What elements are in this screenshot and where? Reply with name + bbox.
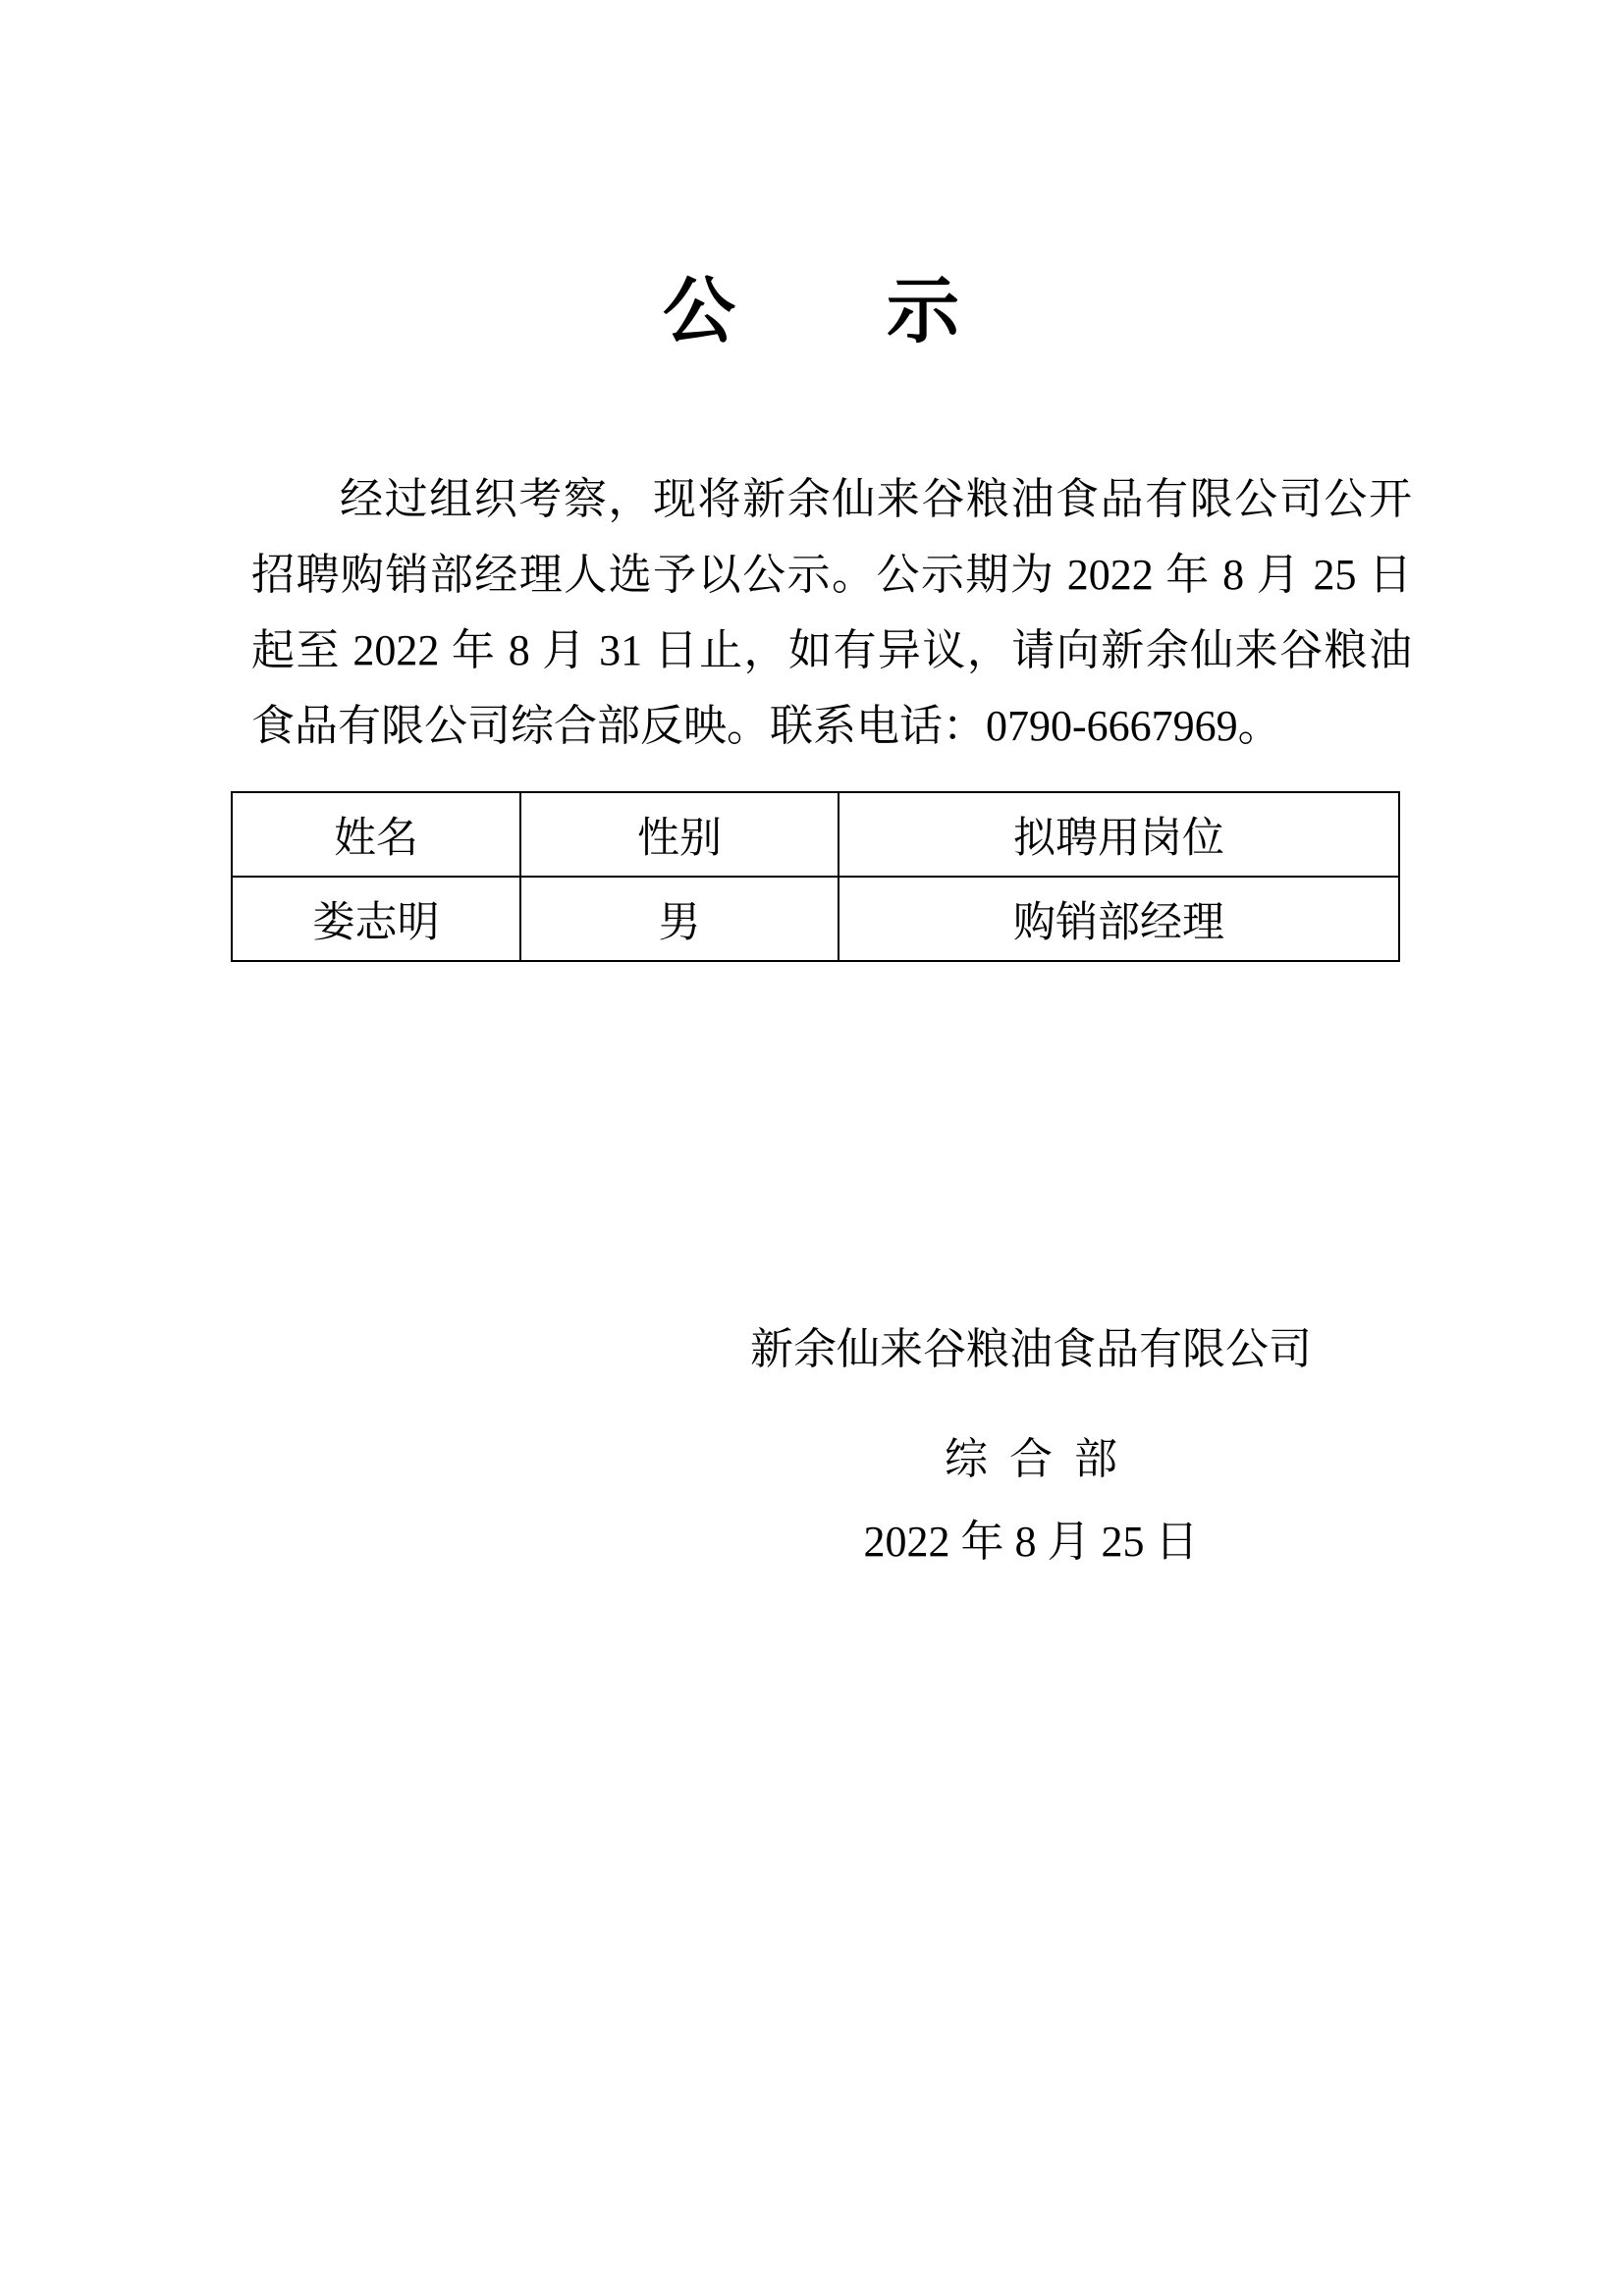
table-header-gender: 性别 (520, 792, 839, 877)
signature-department: 综 合 部 (589, 1423, 1473, 1486)
table-header-row: 姓名 性别 拟聘用岗位 (232, 792, 1399, 877)
signature-date: 2022 年 8 月 25 日 (589, 1506, 1473, 1569)
page-title: 公 示 (0, 253, 1624, 357)
body-line-2: 招聘购销部经理人选予以公示。公示期为 2022 年 8 月 25 日 (251, 537, 1412, 613)
body-line-3: 起至 2022 年 8 月 31 日止，如有异议，请向新余仙来谷粮油 (251, 613, 1412, 688)
table-header-name: 姓名 (232, 792, 520, 877)
table-cell-position: 购销部经理 (839, 877, 1399, 961)
table-header-position: 拟聘用岗位 (839, 792, 1399, 877)
table-cell-name: 娄志明 (232, 877, 520, 961)
notice-body: 经过组织考察，现将新余仙来谷粮油食品有限公司公开 招聘购销部经理人选予以公示。公… (251, 461, 1412, 764)
body-line-4: 食品有限公司综合部反映。联系电话：0790-6667969。 (251, 688, 1412, 764)
table-cell-gender: 男 (520, 877, 839, 961)
signature-company: 新余仙来谷粮油食品有限公司 (589, 1313, 1473, 1376)
table-row: 娄志明 男 购销部经理 (232, 877, 1399, 961)
notice-page: 公 示 经过组织考察，现将新余仙来谷粮油食品有限公司公开 招聘购销部经理人选予以… (0, 0, 1624, 2296)
body-line-1: 经过组织考察，现将新余仙来谷粮油食品有限公司公开 (251, 461, 1412, 537)
candidate-table: 姓名 性别 拟聘用岗位 娄志明 男 购销部经理 (231, 791, 1400, 962)
